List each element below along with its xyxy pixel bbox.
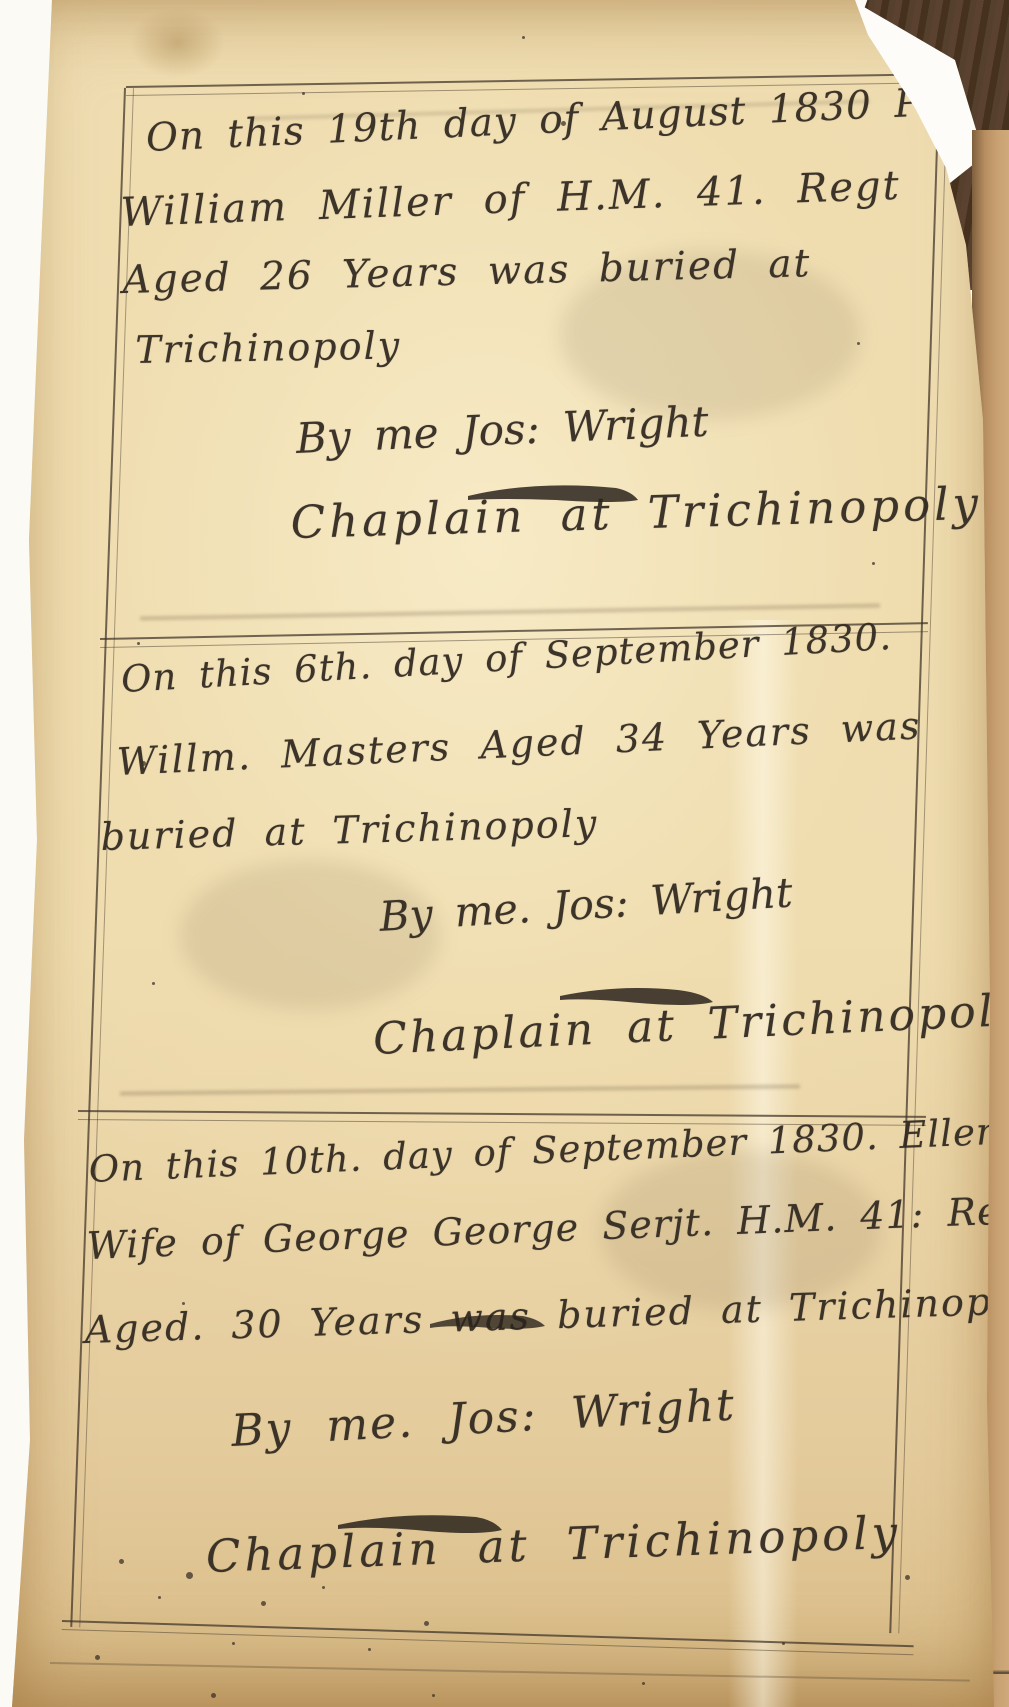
- ink-flourish: [336, 1505, 506, 1545]
- frame-bottom-faint-rule: [50, 1662, 970, 1685]
- register-page-paper: On this 19th day of August 1830 Priv Wil…: [0, 0, 1009, 1707]
- ink-flourish: [466, 474, 641, 510]
- entry-line: buried at Trichinopoly: [100, 801, 599, 859]
- pencil-smudge: [140, 604, 880, 621]
- ink-flourish: [558, 980, 718, 1022]
- frame-right-rule: [889, 82, 948, 1634]
- entry-line: William Miller of H.M. 41. Regt: [120, 163, 901, 236]
- entry-line: Trichinopoly: [135, 323, 401, 372]
- byline: By me Jos: Wright: [295, 397, 709, 463]
- ink-flourish: [428, 1306, 548, 1340]
- photographed-register-page: On this 19th day of August 1830 Priv Wil…: [0, 0, 1009, 1707]
- paper-stain: [130, 8, 225, 78]
- byline: By me. Jos: Wright: [230, 1380, 737, 1457]
- entry-line: Willm. Masters Aged 34 Years was: [116, 703, 922, 783]
- pencil-smudge: [120, 1084, 800, 1095]
